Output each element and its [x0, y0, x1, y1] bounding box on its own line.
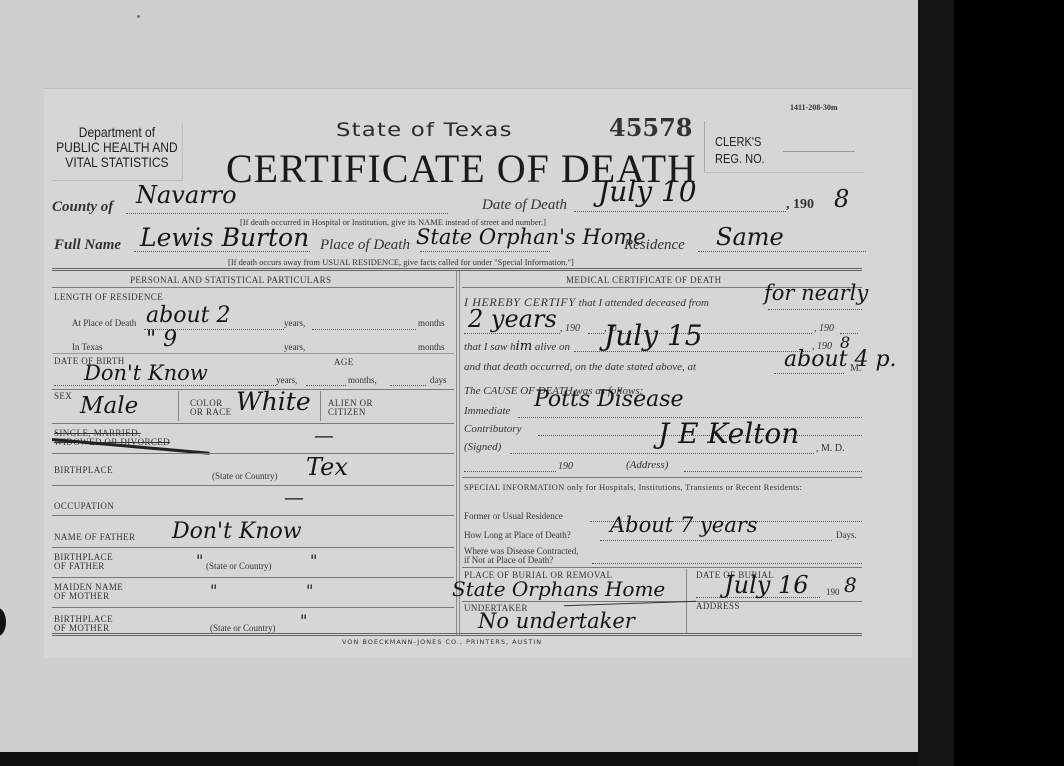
at-place-value[interactable]: about 2: [146, 303, 230, 328]
in-texas-value[interactable]: " 9: [146, 327, 177, 352]
residence-note: [If death occurs away from USUAL RESIDEN…: [228, 257, 574, 267]
dob-line: [54, 385, 276, 386]
death-year-digit[interactable]: 8: [834, 185, 849, 213]
attended-duration-value[interactable]: 2 years: [468, 305, 557, 333]
personal-section-title: PERSONAL AND STATISTICAL PARTICULARS: [130, 275, 331, 285]
age-label: AGE: [334, 357, 354, 367]
age-months-label: months,: [348, 375, 377, 385]
place-of-death-label: Place of Death: [320, 237, 410, 254]
scan-black-margin: [954, 0, 1064, 766]
immediate-label: Immediate: [464, 405, 510, 417]
signed-year: 190: [558, 461, 573, 472]
md-label: , M. D.: [816, 443, 845, 454]
printer-imprint: VON BOECKMANN-JONES CO., PRINTERS, AUSTI…: [342, 638, 542, 646]
clerk-reg-line: [783, 151, 855, 152]
mother-birthplace-label: BIRTHPLACE OF MOTHER: [54, 615, 113, 633]
immediate-cause-value[interactable]: Potts Disease: [534, 387, 684, 412]
age-years-label: years,: [276, 375, 297, 385]
sex-rule: [52, 423, 454, 424]
time-line: [774, 373, 844, 374]
full-name-value[interactable]: Lewis Burton: [140, 223, 309, 252]
date-of-death-label: Date of Death: [482, 197, 567, 214]
signed-date-line: [464, 471, 556, 472]
burial-year-digit[interactable]: 8: [844, 573, 857, 597]
at-place-months-line: [312, 329, 416, 330]
department-line-3: VITAL STATISTICS: [52, 155, 182, 170]
father-birthplace-label: BIRTHPLACE OF FATHER: [54, 553, 113, 571]
scan-bottom-margin: [0, 752, 918, 766]
contributory-label: Contributory: [464, 423, 521, 435]
from-year: , 190: [560, 323, 580, 334]
county-value[interactable]: Navarro: [136, 181, 237, 209]
at-place-years: years,: [284, 318, 305, 328]
mother-birthplace-state-hint: (State or Country): [210, 623, 276, 633]
mother-maiden-rule: [52, 607, 454, 608]
mother-maiden-ditto-2[interactable]: ": [306, 581, 313, 600]
how-long-line: [600, 540, 832, 541]
burial-place-value[interactable]: State Orphans Home: [452, 577, 665, 601]
department-box: Department of PUBLIC HEALTH AND VITAL ST…: [52, 123, 183, 181]
father-birthplace-rule: [52, 577, 454, 578]
sex-divider: [178, 391, 179, 421]
place-of-death-value[interactable]: State Orphan's Home: [416, 225, 646, 249]
father-birthplace-ditto-1[interactable]: ": [196, 551, 203, 570]
m-label: M.: [850, 363, 861, 374]
time-of-death-value[interactable]: about 4 p.: [784, 347, 897, 372]
clerk-label: CLERK'S REG. NO.: [715, 133, 765, 167]
death-occurred-text: and that death occurred, on the date sta…: [464, 361, 696, 373]
medical-section-title: MEDICAL CERTIFICATE OF DEATH: [566, 275, 722, 285]
death-certificate-form: Department of PUBLIC HEALTH AND VITAL ST…: [44, 88, 912, 658]
scan-speck: [137, 15, 140, 18]
father-name-label: NAME OF FATHER: [54, 532, 135, 542]
father-birthplace-ditto-2[interactable]: ": [310, 551, 317, 570]
sex-value[interactable]: Male: [80, 393, 138, 419]
form-code: 1411-208-30m: [790, 103, 838, 112]
clerk-reg-box: CLERK'S REG. NO.: [704, 121, 864, 173]
punch-hole: [0, 608, 6, 636]
bottom-rule: [52, 633, 862, 636]
saw-alive-label: that I saw him alive on: [464, 339, 570, 354]
age-months-line: [306, 385, 346, 386]
place-of-death-line: [420, 251, 550, 252]
at-place-months: months: [418, 318, 445, 328]
birthplace-state-hint: (State or Country): [212, 471, 278, 481]
days-label: Days.: [836, 530, 857, 540]
residence-rule: [52, 353, 454, 354]
state-title: State of Texas: [336, 119, 513, 141]
saw-alive-value[interactable]: July 15: [604, 319, 703, 352]
color-label: COLOR OR RACE: [190, 399, 232, 417]
physician-signature[interactable]: J E Kelton: [658, 417, 799, 450]
attended-from-line: [768, 309, 862, 310]
marital-value[interactable]: —: [314, 423, 334, 447]
alien-label: ALIEN OR CITIZEN: [328, 399, 373, 417]
occupation-value[interactable]: —: [284, 485, 304, 509]
full-name-label: Full Name: [54, 237, 121, 254]
date-of-birth-value[interactable]: Don't Know: [84, 361, 208, 385]
disease-contracted-line: [592, 563, 862, 564]
at-place-label: At Place of Death: [72, 318, 136, 328]
marital-rule: [52, 453, 454, 454]
in-texas-months: months: [418, 342, 445, 352]
date-of-death-value[interactable]: July 10: [598, 175, 697, 208]
residence-label: Residence: [624, 237, 685, 254]
undertaker-address-label: ADDRESS: [696, 601, 740, 611]
birthplace-label: BIRTHPLACE: [54, 465, 113, 475]
occupation-rule: [52, 515, 454, 516]
year-label: , 190: [786, 197, 814, 213]
mother-maiden-label: MAIDEN NAME OF MOTHER: [54, 583, 123, 601]
signed-label: (Signed): [464, 441, 501, 453]
mother-birthplace-ditto[interactable]: ": [300, 611, 307, 630]
special-info-title: SPECIAL INFORMATION only for Hospitals, …: [464, 483, 860, 492]
to-year: , 190: [814, 323, 834, 334]
birthplace-value[interactable]: Tex: [306, 453, 348, 481]
county-line: [126, 213, 448, 214]
burial-date-value[interactable]: July 16: [724, 571, 808, 599]
address-line: [684, 471, 862, 472]
sex-label: SEX: [54, 391, 72, 401]
personal-title-rule: [52, 287, 454, 288]
birthplace-rule: [52, 485, 454, 486]
occupation-label: OCCUPATION: [54, 501, 114, 511]
certificate-number: 45578: [609, 113, 693, 142]
burial-year-label: 190: [826, 587, 840, 597]
in-texas-years: years,: [284, 342, 305, 352]
color-value[interactable]: White: [236, 387, 311, 416]
residence-value[interactable]: Same: [716, 223, 784, 251]
father-name-rule: [52, 547, 454, 548]
disease-contracted-label: Where was Disease Contracted, if Not at …: [464, 547, 578, 565]
length-of-residence-label: LENGTH OF RESIDENCE: [54, 292, 163, 302]
former-residence-label: Former or Usual Residence: [464, 511, 563, 521]
how-long-value[interactable]: About 7 years: [610, 513, 758, 537]
header-divider: [52, 268, 862, 271]
color-divider: [320, 391, 321, 421]
signed-line: [510, 453, 814, 454]
mother-maiden-ditto-1[interactable]: ": [210, 581, 217, 600]
attended-line-2: [464, 333, 560, 334]
address-label: (Address): [626, 459, 668, 471]
medical-bottom-rule: [462, 477, 862, 478]
department-line-1: Department of: [52, 125, 182, 140]
date-of-death-line: [574, 211, 786, 212]
undertaker-value[interactable]: No undertaker: [478, 609, 635, 633]
father-birthplace-state-hint: (State or Country): [206, 561, 272, 571]
scan-edge-shadow: [918, 0, 954, 766]
in-texas-label: In Texas: [72, 342, 102, 352]
age-days-label: days: [430, 375, 447, 385]
father-name-value[interactable]: Don't Know: [172, 519, 302, 544]
county-label: County of: [52, 199, 113, 216]
from-year-line: [588, 333, 604, 334]
attended-from-value[interactable]: for nearly: [764, 281, 868, 305]
age-days-line: [390, 385, 426, 386]
special-bottom-rule: [462, 567, 862, 568]
residence-line: [698, 251, 866, 252]
department-line-2: PUBLIC HEALTH AND: [52, 140, 182, 155]
how-long-label: How Long at Place of Death?: [464, 530, 571, 540]
